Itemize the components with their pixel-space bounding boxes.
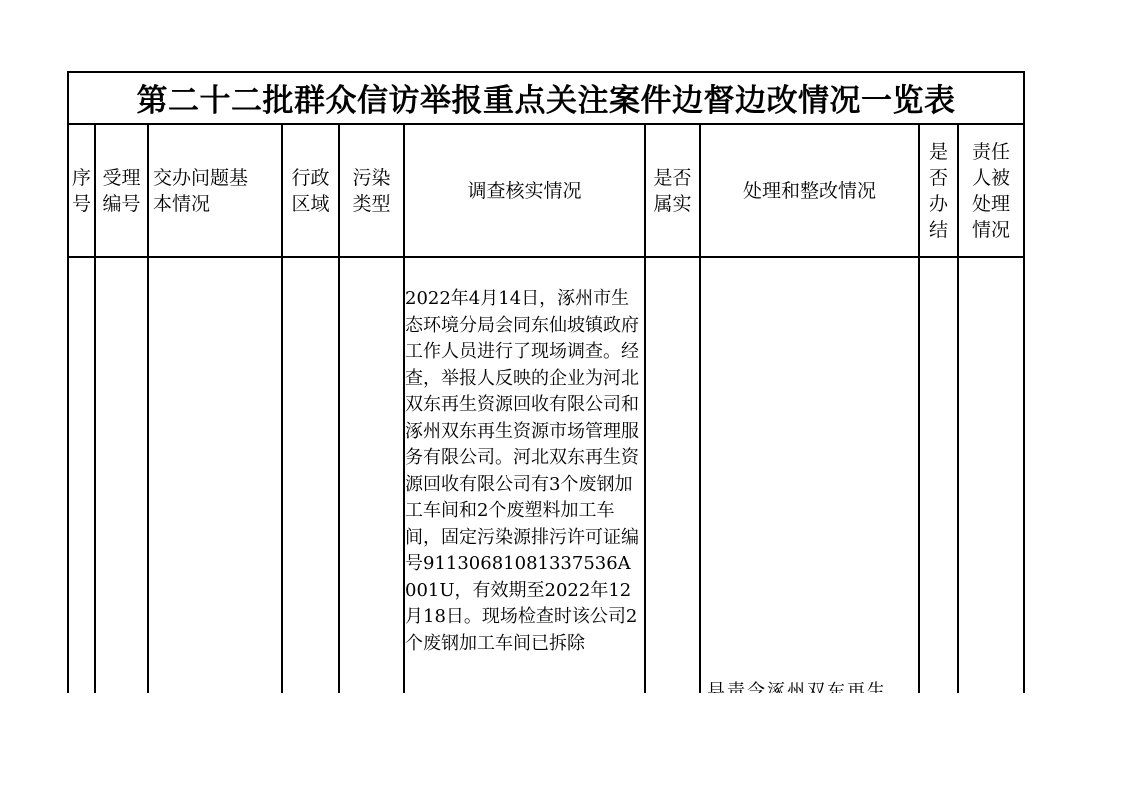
handling-cell: 县责令涿州双东再生 [707, 679, 917, 693]
document-title: 第二十二批群众信访举报重点关注案件边督边改情况一览表 [67, 71, 1025, 123]
header-pollution-type: 污染类型 [340, 125, 403, 257]
table-border-right [1023, 71, 1025, 693]
header-seq: 序号 [69, 125, 94, 257]
summary-table: 第二十二批群众信访举报重点关注案件边督边改情况一览表 序号 受理编号 交办问题基… [67, 71, 1025, 693]
header-verified: 是否属实 [646, 125, 699, 257]
header-handling: 处理和整改情况 [701, 125, 918, 257]
investigation-cell: 2022年4月14日，涿州市生态环境分局会同东仙坡镇政府工作人员进行了现场调查。… [405, 286, 641, 657]
header-issue: 交办问题基本情况 [149, 125, 281, 257]
header-accountability: 责任人被处理情况 [959, 125, 1023, 257]
header-region: 行政区域 [283, 125, 338, 257]
header-closed: 是否办结 [920, 125, 957, 257]
header-investigation: 调查核实情况 [405, 125, 644, 257]
header-case-no: 受理编号 [96, 125, 147, 257]
